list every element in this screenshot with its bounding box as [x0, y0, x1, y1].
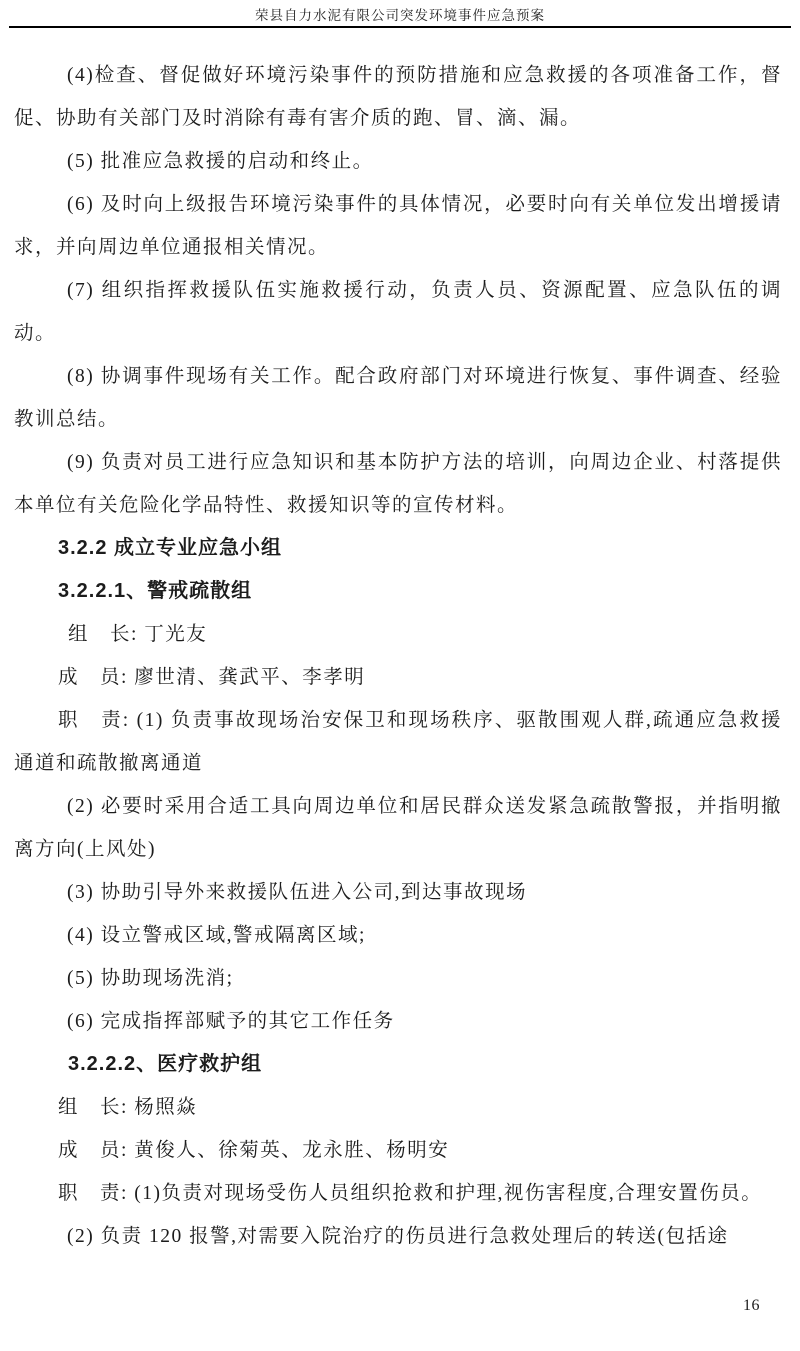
paragraph: (4) 设立警戒区域,警戒隔离区域; — [14, 914, 782, 957]
role-line: 职 责: (1)负责对现场受伤人员组织抢救和护理,视伤害程度,合理安置伤员。 — [14, 1172, 782, 1215]
paragraph: (6) 完成指挥部赋予的其它工作任务 — [14, 1000, 782, 1043]
role-line: 成 员: 黄俊人、徐菊英、龙永胜、杨明安 — [14, 1129, 782, 1172]
role-line: 成 员: 廖世清、龚武平、李孝明 — [14, 656, 782, 699]
section-heading: 3.2.2.1、警戒疏散组 — [14, 570, 782, 613]
paragraph: (8) 协调事件现场有关工作。配合政府部门对环境进行恢复、事件调查、经验教训总结… — [14, 355, 782, 441]
section-heading: 3.2.2.2、医疗救护组 — [14, 1043, 782, 1086]
paragraph: (4)检查、督促做好环境污染事件的预防措施和应急救援的各项准备工作，督促、协助有… — [14, 54, 782, 140]
header-rule — [9, 26, 791, 28]
section-heading: 3.2.2 成立专业应急小组 — [14, 527, 782, 570]
paragraph: (6) 及时向上级报告环境污染事件的具体情况，必要时向有关单位发出增援请求，并向… — [14, 183, 782, 269]
paragraph: (9) 负责对员工进行应急知识和基本防护方法的培训，向周边企业、村落提供本单位有… — [14, 441, 782, 527]
paragraph: (2) 必要时采用合适工具向周边单位和居民群众送发紧急疏散警报，并指明撤离方向(… — [14, 785, 782, 871]
role-line: 组 长: 丁光友 — [14, 613, 782, 656]
paragraph: (3) 协助引导外来救援队伍进入公司,到达事故现场 — [14, 871, 782, 914]
paragraph: (5) 批准应急救援的启动和终止。 — [14, 140, 782, 183]
paragraph: (5) 协助现场洗消; — [14, 957, 782, 1000]
document-page: 荣县自力水泥有限公司突发环境事件应急预案 (4)检查、督促做好环境污染事件的预防… — [0, 0, 800, 1351]
paragraph: (7) 组织指挥救援队伍实施救援行动，负责人员、资源配置、应急队伍的调动。 — [14, 269, 782, 355]
role-line: 组 长: 杨照焱 — [14, 1086, 782, 1129]
paragraph: (2) 负责 120 报警,对需要入院治疗的伤员进行急救处理后的转送(包括途 — [14, 1215, 782, 1258]
role-line: 职 责: (1) 负责事故现场治安保卫和现场秩序、驱散围观人群,疏通应急救援通道… — [14, 699, 782, 785]
page-number: 16 — [743, 1297, 760, 1315]
page-header-title: 荣县自力水泥有限公司突发环境事件应急预案 — [0, 4, 800, 24]
document-body: (4)检查、督促做好环境污染事件的预防措施和应急救援的各项准备工作，督促、协助有… — [14, 54, 782, 1258]
